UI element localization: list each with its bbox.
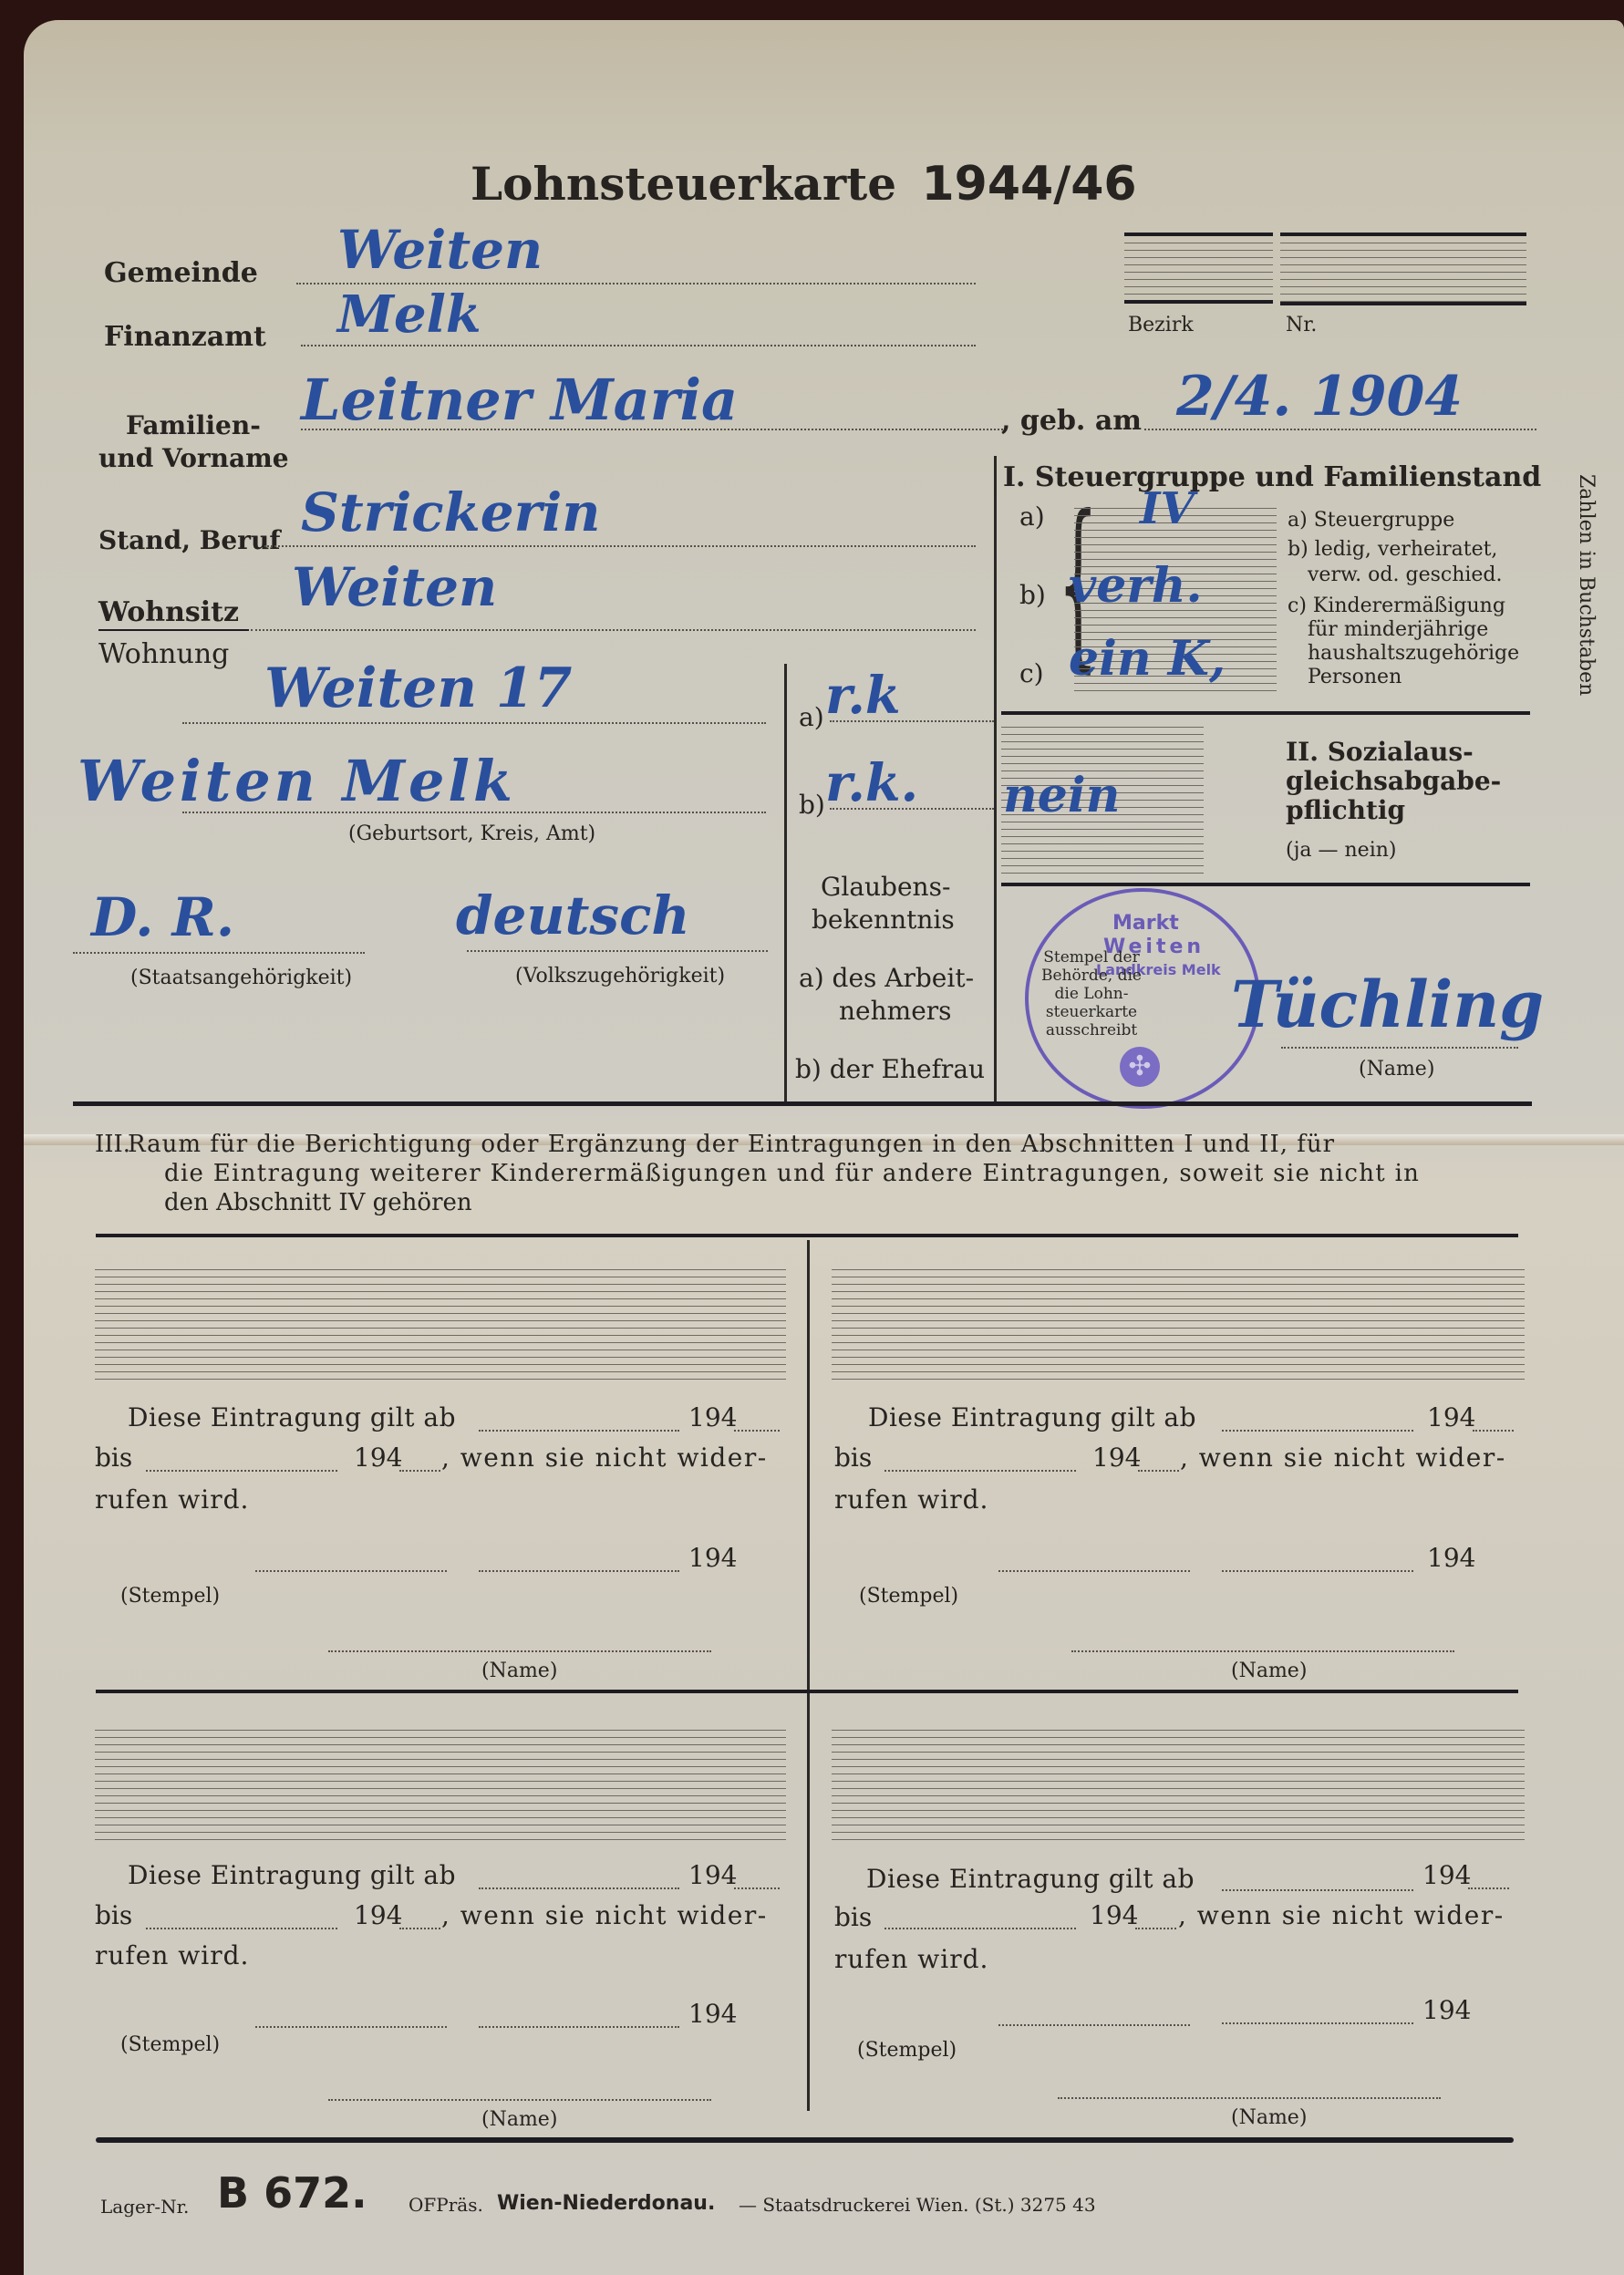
steuergruppe-field[interactable]: IV bbox=[1140, 483, 1195, 534]
stamp-emblem-icon: ✣ bbox=[1120, 1047, 1160, 1087]
entry-box-3-year2: 194 bbox=[354, 1900, 402, 1930]
entry-box-4-year2-field[interactable] bbox=[1135, 1928, 1176, 1929]
volk-line bbox=[467, 950, 768, 952]
familienstand-field[interactable]: verh. bbox=[1069, 558, 1203, 614]
finanzamt-field[interactable]: Melk bbox=[337, 284, 481, 345]
entry-box-2-to-date[interactable] bbox=[884, 1470, 1076, 1472]
stamp-top-text: Markt bbox=[1112, 912, 1179, 935]
legend-b1: b) ledig, verheiratet, bbox=[1288, 538, 1497, 561]
religion-divider bbox=[784, 664, 787, 1103]
staat-label: (Staatsangehörigkeit) bbox=[130, 967, 352, 989]
religion-a-label-1: a) des Arbeit- bbox=[799, 963, 974, 993]
entry-box-3-to-date[interactable] bbox=[146, 1928, 337, 1929]
footer-region: Wien-Niederdonau. bbox=[497, 2192, 715, 2215]
lager-number: B 672. bbox=[217, 2168, 367, 2218]
entry-box-1-bis: bis bbox=[95, 1443, 132, 1473]
religion-title-1: Glaubens- bbox=[821, 872, 950, 902]
volk-field[interactable]: deutsch bbox=[456, 884, 690, 946]
entry-box-4-line1: Diese Eintragung gilt ab bbox=[866, 1864, 1195, 1894]
entry-box-3-place[interactable] bbox=[255, 2026, 447, 2028]
legend-c3: haushaltszugehörige bbox=[1308, 642, 1519, 665]
entry-box-2-line1: Diese Eintragung gilt ab bbox=[868, 1402, 1196, 1432]
beruf-label: Stand, Beruf bbox=[98, 525, 280, 555]
section1-side-note: Zahlen in Buchstaben bbox=[1575, 474, 1598, 696]
wohnung-line bbox=[182, 722, 766, 724]
entry-box-4-year3: 194 bbox=[1422, 1995, 1471, 2025]
entry-box-3-line1: Diese Eintragung gilt ab bbox=[128, 1860, 456, 1890]
nr-label: Nr. bbox=[1286, 314, 1317, 336]
entry-box-1-year1: 194 bbox=[688, 1402, 737, 1432]
geburtsort-field[interactable]: Weiten Melk bbox=[78, 748, 516, 814]
entry-box-2-bis: bis bbox=[834, 1443, 872, 1473]
wohnung-label: Wohnung bbox=[98, 638, 229, 670]
entry-box-2-date[interactable] bbox=[1222, 1570, 1413, 1572]
entry-box-2-name-label: (Name) bbox=[1231, 1660, 1307, 1682]
entry-box-4-year1: 194 bbox=[1422, 1860, 1471, 1890]
bezirk-box[interactable] bbox=[1124, 236, 1273, 300]
section2-hint: (ja — nein) bbox=[1286, 839, 1396, 862]
entry-box-2-from-date[interactable] bbox=[1222, 1430, 1413, 1432]
bezirk-bottom-rule bbox=[1124, 300, 1273, 304]
footer-printer: — Staatsdruckerei Wien. (St.) 3275 43 bbox=[739, 2194, 1096, 2216]
entry-box-4-place[interactable] bbox=[998, 2024, 1190, 2026]
entry-box-2-year2: 194 bbox=[1092, 1443, 1141, 1473]
entry-box-4-bis: bis bbox=[834, 1902, 872, 1932]
beruf-field[interactable]: Strickerin bbox=[301, 481, 600, 543]
entry-box-1-name-line[interactable] bbox=[328, 1650, 711, 1652]
section2-bottom-rule bbox=[1001, 883, 1530, 886]
entry-box-1-from-date[interactable] bbox=[479, 1430, 679, 1432]
entry-box-2-name-line[interactable] bbox=[1071, 1650, 1454, 1652]
nr-box[interactable] bbox=[1280, 236, 1526, 302]
entry-box-4-to-date[interactable] bbox=[884, 1928, 1076, 1929]
section3-vertical-divider bbox=[807, 1240, 810, 2111]
legend-a: a) Steuergruppe bbox=[1288, 509, 1454, 532]
name-label-1: Familien- bbox=[126, 410, 261, 440]
legend-b2: verw. od. geschied. bbox=[1308, 564, 1503, 586]
section2-title-3: pflichtig bbox=[1286, 795, 1405, 825]
entry-box-2-line3: rufen wird. bbox=[834, 1484, 988, 1515]
religion-a-label-2: nehmers bbox=[839, 996, 952, 1026]
entry-box-3-year1-field[interactable] bbox=[734, 1887, 780, 1889]
official-signature[interactable]: Tüchling bbox=[1231, 967, 1544, 1042]
geburtsort-label: (Geburtsort, Kreis, Amt) bbox=[348, 822, 595, 845]
document-title: Lohnsteuerkarte 1944/46 bbox=[471, 157, 1137, 212]
entry-box-4-from-date[interactable] bbox=[1222, 1889, 1413, 1891]
entry-box-1-stempel: (Stempel) bbox=[120, 1585, 220, 1608]
religion-b-prefix: b) bbox=[799, 790, 825, 820]
signature-name-label: (Name) bbox=[1359, 1058, 1434, 1081]
entry-box-1-line1: Diese Eintragung gilt ab bbox=[128, 1402, 456, 1432]
wohnsitz-line bbox=[251, 629, 976, 631]
entry-box-3-name-label: (Name) bbox=[481, 2108, 557, 2131]
stamp-caption-3: die Lohn- bbox=[1041, 985, 1142, 1003]
title-year: 1944/46 bbox=[922, 157, 1137, 212]
entry-box-3-stempel: (Stempel) bbox=[120, 2033, 220, 2056]
finanzamt-label: Finanzamt bbox=[104, 321, 266, 353]
section3-title-3: den Abschnitt IV gehören bbox=[164, 1189, 472, 1216]
entry-box-2-lined-area[interactable] bbox=[832, 1263, 1525, 1380]
entry-box-2-line2: , wenn sie nicht wider- bbox=[1180, 1443, 1506, 1473]
religion-b-label: b) der Ehefrau bbox=[795, 1054, 985, 1084]
entry-box-4-line2: , wenn sie nicht wider- bbox=[1178, 1900, 1505, 1930]
entry-box-1-place[interactable] bbox=[255, 1570, 447, 1572]
section2-title-2: gleichsabgabe- bbox=[1286, 766, 1501, 796]
beruf-line bbox=[264, 545, 976, 547]
entry-box-3-bis: bis bbox=[95, 1900, 132, 1930]
footer-rule bbox=[96, 2137, 1514, 2143]
birthdate-field[interactable]: 2/4. 1904 bbox=[1176, 365, 1463, 429]
section3-title-1: Raum für die Berichtigung oder Ergänzung… bbox=[128, 1131, 1335, 1158]
entry-box-3-year1: 194 bbox=[688, 1860, 737, 1890]
entry-box-3-from-date[interactable] bbox=[479, 1887, 679, 1889]
sozialausgleich-field[interactable]: nein bbox=[1003, 768, 1120, 823]
section1-bottom-rule bbox=[1001, 711, 1530, 715]
finanzamt-line bbox=[301, 345, 976, 346]
entry-box-1-name-label: (Name) bbox=[481, 1660, 557, 1682]
entry-box-2-year1: 194 bbox=[1427, 1402, 1475, 1432]
right-column-divider bbox=[994, 456, 997, 1103]
section2-title-1: II. Sozialaus- bbox=[1286, 737, 1474, 767]
nr-bottom-rule bbox=[1280, 302, 1526, 305]
wohnsitz-label: Wohnsitz bbox=[98, 596, 239, 628]
entry-box-2-year3: 194 bbox=[1427, 1543, 1475, 1573]
staat-line bbox=[73, 952, 365, 954]
volk-label: (Volkszugehörigkeit) bbox=[515, 965, 725, 988]
section3-header-rule bbox=[96, 1234, 1518, 1237]
religion-a-prefix: a) bbox=[799, 702, 824, 732]
entry-box-4-name-line[interactable] bbox=[1058, 2097, 1441, 2099]
entry-box-3-year3: 194 bbox=[688, 1999, 737, 2029]
religion-title-2: bekenntnis bbox=[812, 905, 955, 935]
entry-box-3-name-line[interactable] bbox=[328, 2099, 711, 2101]
entry-box-3-lined-area[interactable] bbox=[95, 1723, 786, 1840]
entry-box-1-date[interactable] bbox=[479, 1570, 679, 1572]
stamp-caption-5: ausschreibt bbox=[1041, 1021, 1142, 1039]
section3-top-rule bbox=[73, 1101, 1532, 1106]
entry-box-4-line3: rufen wird. bbox=[834, 1944, 988, 1974]
section1-b-prefix: b) bbox=[1019, 580, 1046, 610]
entry-box-1-year3: 194 bbox=[688, 1543, 737, 1573]
entry-box-4-year1-field[interactable] bbox=[1468, 1887, 1509, 1889]
kinderermaessigung-field[interactable]: ein K, bbox=[1069, 631, 1226, 687]
entry-box-3-year2-field[interactable] bbox=[399, 1928, 440, 1929]
entry-box-4-year2: 194 bbox=[1090, 1900, 1138, 1930]
entry-box-3-line2: , wenn sie nicht wider- bbox=[441, 1900, 768, 1930]
religion-a-field[interactable]: r.k bbox=[825, 666, 901, 726]
entry-box-1-line3: rufen wird. bbox=[95, 1484, 249, 1515]
entry-box-1-year1-field[interactable] bbox=[734, 1430, 780, 1432]
entry-box-4-stempel: (Stempel) bbox=[857, 2039, 957, 2062]
legend-c2: für minderjährige bbox=[1308, 618, 1488, 641]
gemeinde-label: Gemeinde bbox=[104, 257, 258, 289]
gemeinde-field[interactable]: Weiten bbox=[337, 219, 543, 281]
entry-box-1-line2: , wenn sie nicht wider- bbox=[441, 1443, 768, 1473]
title-text: Lohnsteuerkarte bbox=[471, 157, 896, 211]
entry-box-1-lined-area[interactable] bbox=[95, 1263, 786, 1380]
entry-box-4-lined-area[interactable] bbox=[832, 1723, 1525, 1840]
stamp-caption: Stempel der Behörde, die die Lohn- steue… bbox=[1041, 948, 1142, 1039]
lager-label: Lager-Nr. bbox=[100, 2196, 189, 2218]
bezirk-label: Bezirk bbox=[1128, 314, 1194, 336]
signature-line bbox=[1281, 1047, 1518, 1049]
entry-box-4-name-label: (Name) bbox=[1231, 2106, 1307, 2129]
entry-box-3-line3: rufen wird. bbox=[95, 1940, 249, 1970]
entry-box-2-year1-field[interactable] bbox=[1473, 1430, 1514, 1432]
entry-box-4-date[interactable] bbox=[1222, 2022, 1413, 2024]
name-label-2: und Vorname bbox=[98, 443, 289, 473]
legend-c4: Personen bbox=[1308, 666, 1402, 688]
wohnsitz-field[interactable]: Weiten bbox=[292, 556, 497, 618]
entry-box-2-stempel: (Stempel) bbox=[859, 1585, 958, 1608]
section3-number: III. bbox=[95, 1131, 130, 1158]
stamp-caption-4: steuerkarte bbox=[1041, 1003, 1142, 1021]
religion-b-field[interactable]: r.k. bbox=[825, 753, 918, 813]
entry-box-1-year2-field[interactable] bbox=[399, 1470, 440, 1472]
entry-box-1-year2: 194 bbox=[354, 1443, 402, 1473]
staat-field[interactable]: D. R. bbox=[91, 886, 234, 948]
name-field[interactable]: Leitner Maria bbox=[301, 367, 738, 433]
wohnung-field[interactable]: Weiten 17 bbox=[264, 657, 572, 720]
footer-ofpraes: OFPräs. bbox=[409, 2194, 483, 2216]
section3-middle-rule bbox=[96, 1690, 1518, 1693]
entry-box-3-date[interactable] bbox=[479, 2026, 679, 2028]
wohnsitz-underline bbox=[98, 629, 249, 631]
geb-line bbox=[1144, 429, 1536, 430]
stamp-caption-1: Stempel der bbox=[1041, 948, 1142, 967]
section3-title-2: die Eintragung weiterer Kinderermäßigung… bbox=[164, 1160, 1420, 1187]
section1-c-prefix: c) bbox=[1019, 658, 1044, 688]
stamp-caption-2: Behörde, die bbox=[1041, 967, 1142, 985]
entry-box-2-place[interactable] bbox=[998, 1570, 1190, 1572]
entry-box-2-year2-field[interactable] bbox=[1138, 1470, 1179, 1472]
geb-label: , geb. am bbox=[1001, 405, 1142, 437]
entry-box-1-to-date[interactable] bbox=[146, 1470, 337, 1472]
legend-c1: c) Kinderermäßigung bbox=[1288, 595, 1505, 617]
section1-a-prefix: a) bbox=[1019, 502, 1045, 532]
